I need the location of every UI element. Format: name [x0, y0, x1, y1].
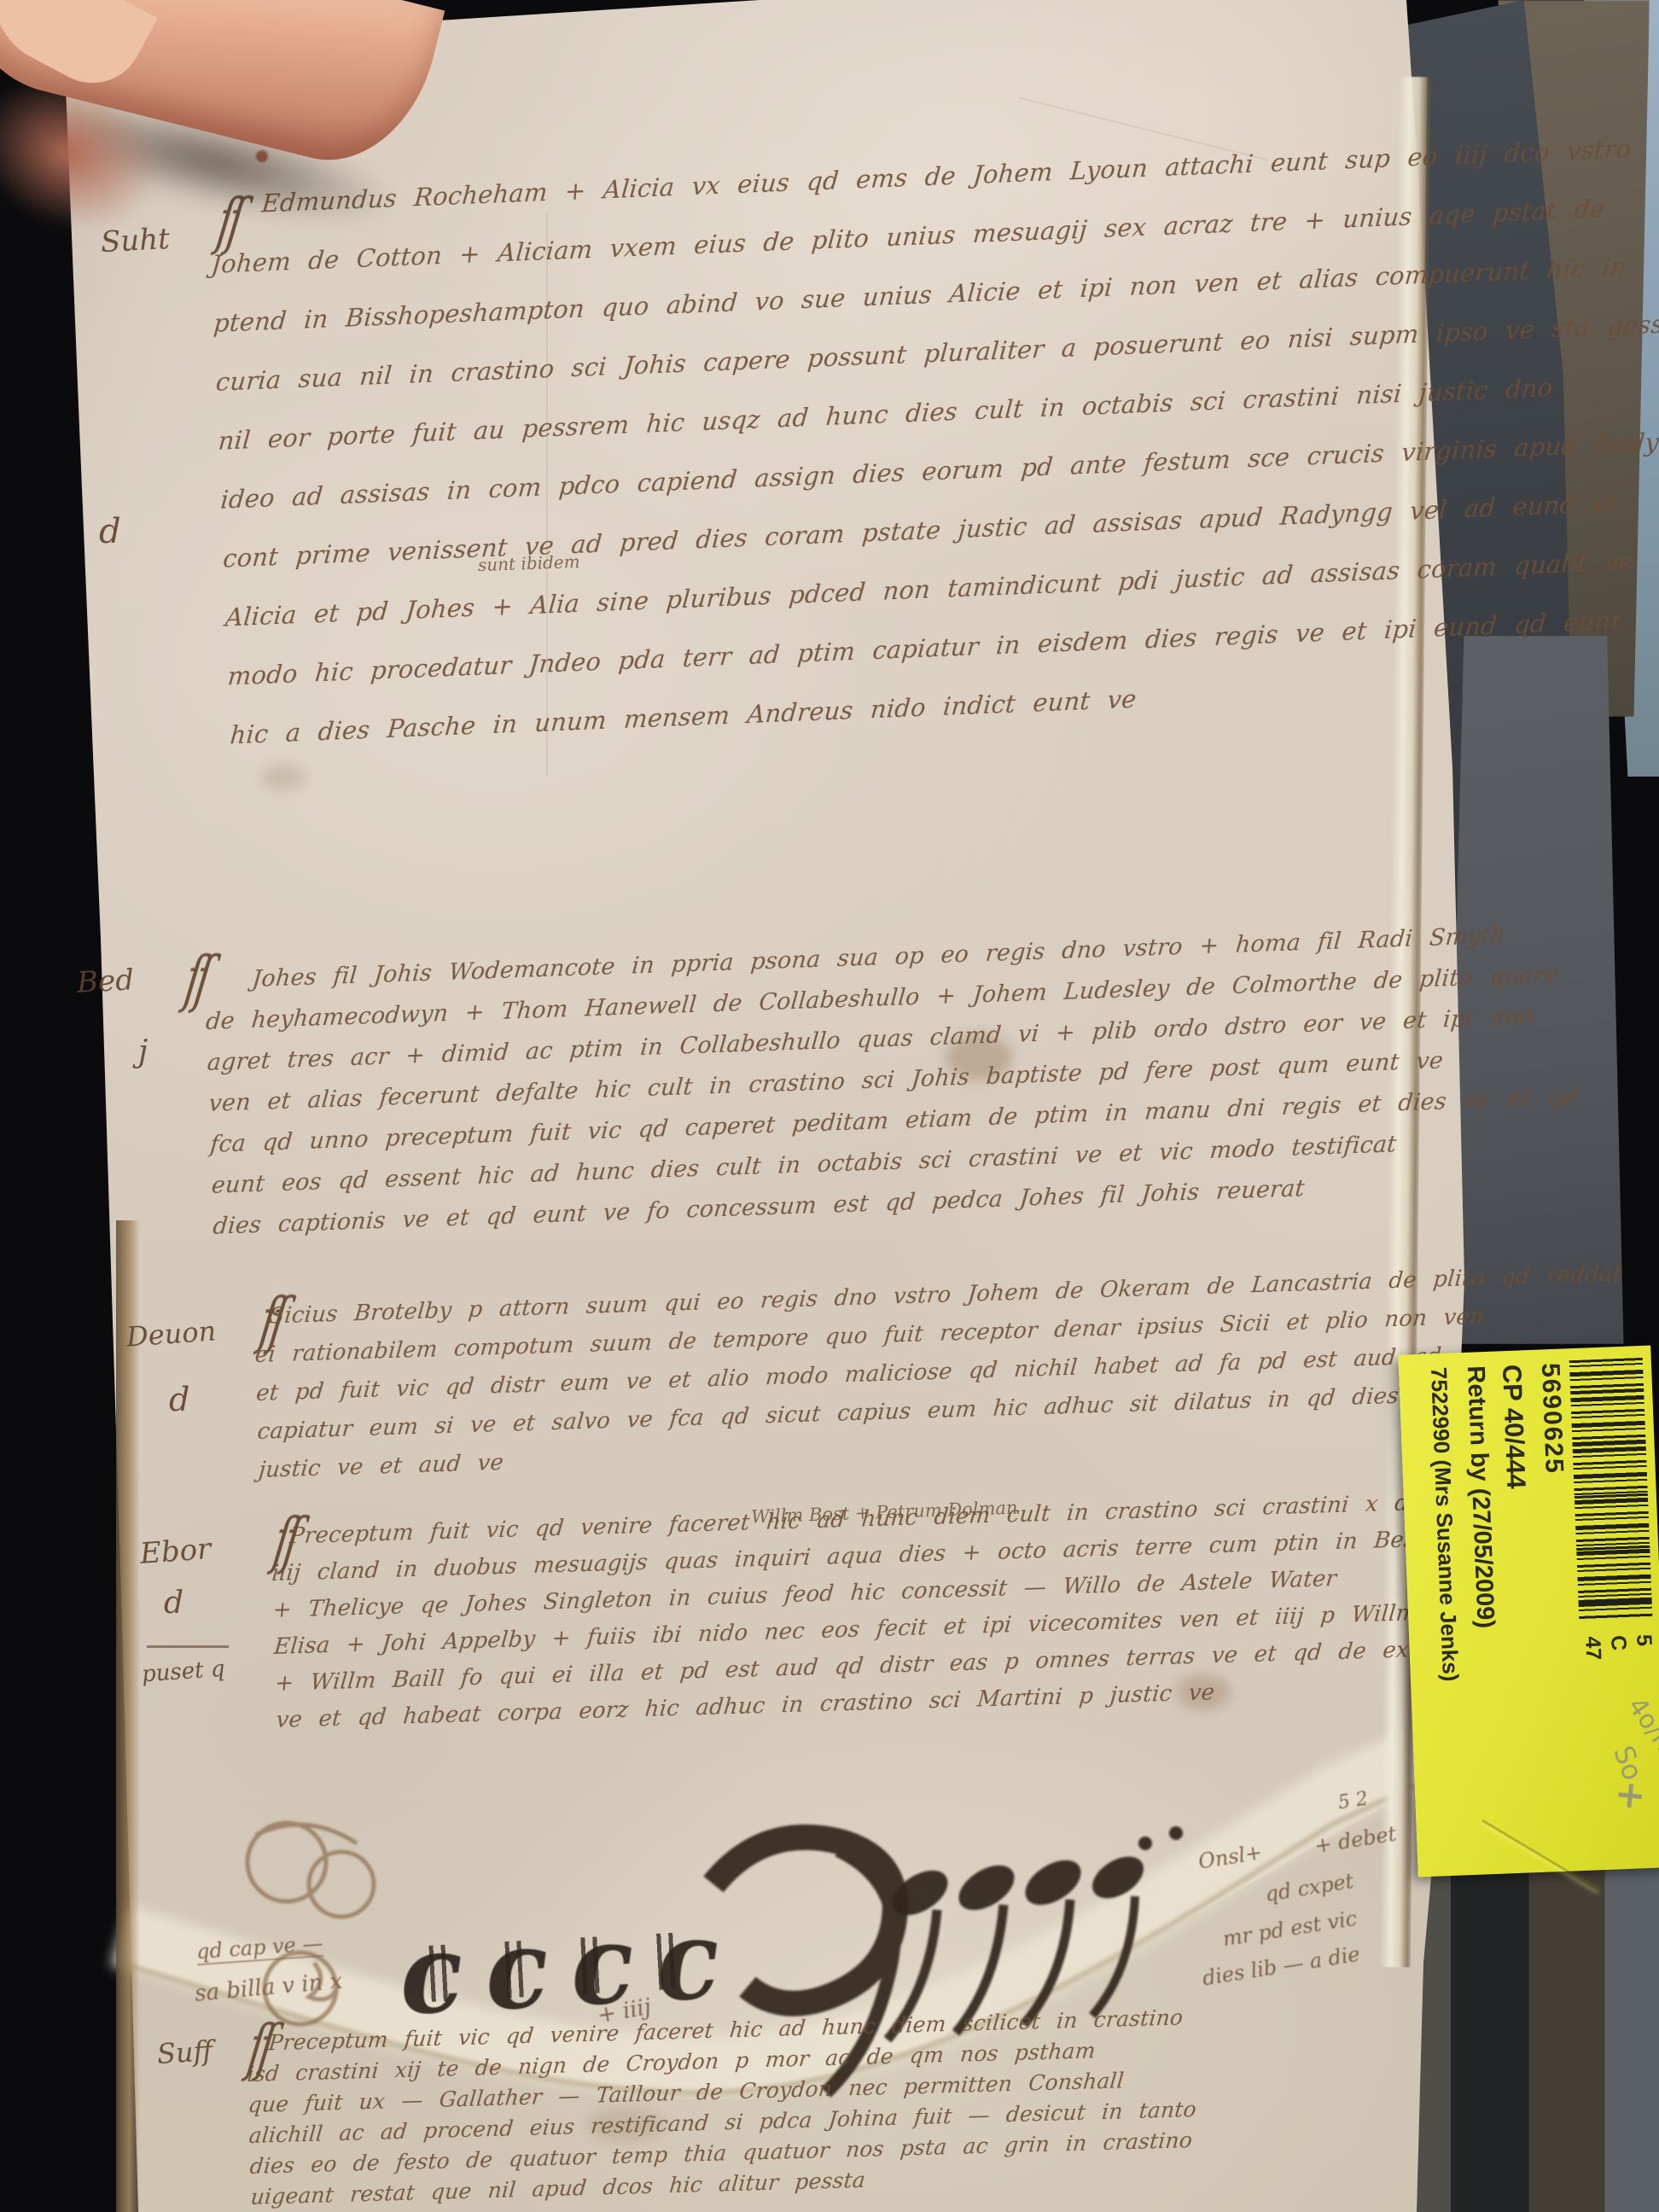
note-return-by-date: Return by (27/05/2009) [1461, 1365, 1499, 1629]
archive-sticky-note: 5690625 CP 40/444 Return by (27/05/2009)… [1398, 1346, 1659, 1877]
entry-block-5: Preceptum fuit vic qd venire faceret hic… [246, 2005, 1198, 2212]
note-shelf-marks: 5 C 47 [1580, 1634, 1657, 1661]
note-reader-id: 7522990 (Mrs Susanne Jenks) [1425, 1367, 1464, 1682]
margin-county-5: Suff [156, 2034, 214, 2070]
hand-holding-document [0, 0, 512, 273]
margin-mark-4: d [164, 1586, 183, 1621]
pencil-cross-mark: + [1608, 1778, 1654, 1813]
margin-county-4: Ebor [139, 1532, 212, 1571]
parchment-left-curled-edge [116, 1220, 140, 2212]
barcode [1569, 1358, 1653, 1620]
margin-mark-1: d [99, 512, 121, 551]
photo-of-plea-roll: Suht ſſ d Edmundus Rocheham + Alicia vx … [0, 0, 1659, 2212]
margin-rule-4 [147, 1645, 229, 1648]
entry-block-4: Preceptum fuit vic qd venire faceret hic… [270, 1486, 1582, 1744]
note-barcode-number: 5690625 [1535, 1362, 1569, 1475]
margin-mark-3: d [169, 1381, 189, 1418]
note-document-reference: CP 40/444 [1496, 1364, 1532, 1489]
interlinear-1: sunt ibidem [478, 551, 580, 575]
entry-block-2: Johes fil Johis Wodemancote in ppria pso… [203, 920, 1580, 1254]
margin-mark-2: j [138, 1034, 148, 1069]
margin-county-2: Bed [76, 963, 135, 999]
note-content: 5690625 CP 40/444 Return by (27/05/2009)… [1398, 1346, 1659, 1877]
margin-county-3: Deuon [125, 1314, 217, 1353]
